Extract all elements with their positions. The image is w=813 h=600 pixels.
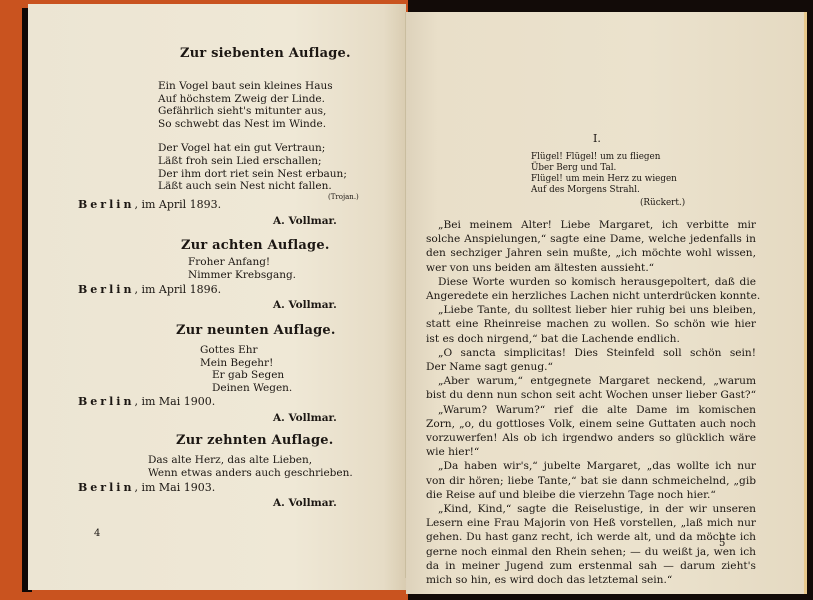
text-line: Angeredete ein herzliches Lachen nicht u… xyxy=(426,289,756,303)
verse-line: Ein Vogel baut sein kleines Haus xyxy=(158,80,347,93)
text-line: Diese Worte wurden so komisch herausgepo… xyxy=(426,275,756,289)
verse-line: Das alte Herz, das alte Lieben, xyxy=(148,454,353,467)
place: Berlin xyxy=(78,198,134,211)
text-line: Zorn, „o, du gottloses Volk, einem seine… xyxy=(426,417,756,431)
epigraph: Flügel! Flügel! um zu fliegen Über Berg … xyxy=(531,152,677,196)
text-line: „Da haben wir's,“ jubelte Margaret, „das… xyxy=(426,459,756,473)
text-line: wie hier!“ xyxy=(426,445,756,459)
place: Berlin xyxy=(78,283,134,296)
verse-line: Nimmer Krebsgang. xyxy=(188,269,296,282)
text-line: die Reise auf und bleibe die vierzehn Ta… xyxy=(426,488,756,502)
text-line: „Liebe Tante, du solltest lieber hier ru… xyxy=(426,303,756,317)
text-line: „Bei meinem Alter! Liebe Margaret, ich v… xyxy=(426,218,756,232)
place: Berlin xyxy=(78,481,134,494)
text-line: gehen. Du hast ganz recht, ich werde alt… xyxy=(426,530,756,544)
verse-line: Deinen Wegen. xyxy=(200,382,292,395)
epigraph-line: Flügel! um mein Herz zu wiegen xyxy=(531,174,677,185)
section-heading: Zur siebenten Auflage. xyxy=(180,46,351,61)
text-line: gerne noch einmal den Rhein sehen; — du … xyxy=(426,545,756,559)
signature: A. Vollmar. xyxy=(273,299,337,311)
verse-line: Gottes Ehr xyxy=(200,344,292,357)
poem-attribution: (Trojan.) xyxy=(328,193,359,201)
text-line: den sechziger Jahren sein mußte, „ich mö… xyxy=(426,246,756,260)
place-date: Berlin, im April 1896. xyxy=(78,283,221,296)
text-line: „Aber warum,“ entgegnete Margaret necken… xyxy=(426,374,756,388)
verse-line: Der Vogel hat ein gut Vertraun; xyxy=(158,142,347,155)
left-page: Zur siebenten Auflage. Ein Vogel baut se… xyxy=(28,4,406,590)
verse-line: Gefährlich sieht's mitunter aus, xyxy=(158,105,347,118)
verse-line: Läßt froh sein Lied erschallen; xyxy=(158,155,347,168)
verse-line: Mein Begehr! xyxy=(200,357,292,370)
page-number: 5 xyxy=(719,538,725,549)
epigraph-line: Flügel! Flügel! um zu fliegen xyxy=(531,152,677,163)
text-line: ist es doch nirgend,“ bat die Lachende e… xyxy=(426,332,756,346)
epigraph-line: Auf des Morgens Strahl. xyxy=(531,185,677,196)
text-line: wer von uns beiden am ältesten aussieht.… xyxy=(426,261,756,275)
text-line: Der Name sagt genug.“ xyxy=(426,360,756,374)
verse-line: Froher Anfang! xyxy=(188,256,296,269)
date: , im Mai 1900. xyxy=(134,395,215,408)
paragraph: „Bei meinem Alter! Liebe Margaret, ich v… xyxy=(426,218,756,232)
verse-line: So schwebt das Nest im Winde. xyxy=(158,118,347,131)
verse-line: Läßt auch sein Nest nicht fallen. xyxy=(158,180,347,193)
page-number: 4 xyxy=(94,528,100,539)
date: , im Mai 1903. xyxy=(134,481,215,494)
text-line: statt eine Rheinreise machen zu wollen. … xyxy=(426,317,756,331)
section-heading: Zur neunten Auflage. xyxy=(176,323,336,338)
epigraph-attribution: (Rückert.) xyxy=(640,198,685,209)
stanza-break xyxy=(158,130,347,142)
verse-line: Auf höchstem Zweig der Linde. xyxy=(158,93,347,106)
text-line: „Warum? Warum?“ rief die alte Dame im ko… xyxy=(426,403,756,417)
right-page: I. Flügel! Flügel! um zu fliegen Über Be… xyxy=(406,12,807,594)
section-heading: Zur achten Auflage. xyxy=(181,238,330,253)
place-date: Berlin, im Mai 1903. xyxy=(78,481,215,494)
poem: Froher Anfang! Nimmer Krebsgang. xyxy=(188,256,296,281)
poem: Gottes Ehr Mein Begehr! Er gab Segen Dei… xyxy=(200,344,292,394)
verse-line: Er gab Segen xyxy=(200,369,292,382)
text-line: vorzuwerfen! Als ob ich irgendwo anders … xyxy=(426,431,756,445)
text-line: Lesern eine Frau Majorin von Heß vorstel… xyxy=(426,516,756,530)
text-line: „O sancta simplicitas! Dies Steinfeld so… xyxy=(426,346,756,360)
epigraph-line: Über Berg und Tal. xyxy=(531,163,677,174)
poem: Ein Vogel baut sein kleines Haus Auf höc… xyxy=(158,80,347,193)
chapter-text: „Bei meinem Alter! Liebe Margaret, ich v… xyxy=(426,218,756,587)
verse-line: Wenn etwas anders auch geschrieben. xyxy=(148,467,353,480)
place-date: Berlin, im Mai 1900. xyxy=(78,395,215,408)
poem: Das alte Herz, das alte Lieben, Wenn etw… xyxy=(148,454,353,479)
text-line: da in meiner Jugend zum erstenmal sah — … xyxy=(426,559,756,573)
signature: A. Vollmar. xyxy=(273,412,337,424)
text-line: von dir hören; liebe Tante,“ bat sie dan… xyxy=(426,474,756,488)
place: Berlin xyxy=(78,395,134,408)
date: , im April 1893. xyxy=(134,198,221,211)
text-line: „Kind, Kind,“ sagte die Reiselustige, in… xyxy=(426,502,756,516)
chapter-number: I. xyxy=(593,132,601,145)
text-line: solche Anspielungen,“ sagte eine Dame, w… xyxy=(426,232,756,246)
verse-line: Der ihm dort riet sein Nest erbaun; xyxy=(158,168,347,181)
date: , im April 1896. xyxy=(134,283,221,296)
section-heading: Zur zehnten Auflage. xyxy=(176,433,334,448)
signature: A. Vollmar. xyxy=(273,497,337,509)
text-line: bist du denn nun schon seit acht Wochen … xyxy=(426,388,756,402)
text-line: mich so hin, es wird doch das letztemal … xyxy=(426,573,756,587)
signature: A. Vollmar. xyxy=(273,215,337,227)
place-date: Berlin, im April 1893. xyxy=(78,198,221,211)
